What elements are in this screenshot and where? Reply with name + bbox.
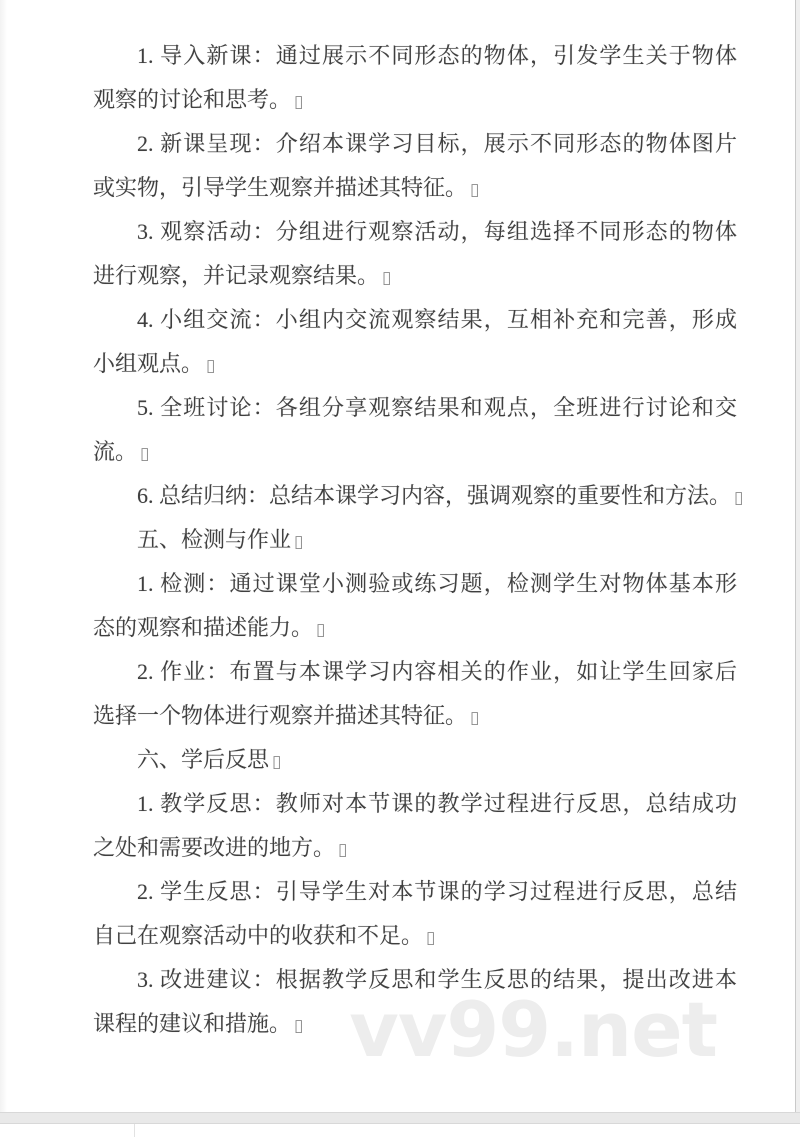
text-line: 之处和需要改进的地方。▯ (93, 826, 737, 870)
paragraph-mark-icon: ▯ (470, 708, 479, 727)
document-page: 1. 导入新课：通过展示不同形态的物体，引发学生关于物体 观察的讨论和思考。▯ … (0, 0, 796, 1112)
text-line: 课程的建议和措施。▯ (93, 1002, 737, 1046)
text-line: 自己在观察活动中的收获和不足。▯ (93, 914, 737, 958)
text-line: 2. 学生反思：引导学生对本节课的学习过程进行反思，总结 (93, 870, 737, 914)
next-page-edge-line (134, 1124, 135, 1137)
text-line: 2. 新课呈现：介绍本课学习目标，展示不同形态的物体图片 (93, 122, 737, 166)
paragraph-mark-icon: ▯ (294, 532, 303, 551)
list-paragraph: 6. 总结归纳：总结本课学习内容，强调观察的重要性和方法。▯ (93, 474, 737, 518)
paragraph-mark-icon: ▯ (470, 180, 479, 199)
text-line: 观察的讨论和思考。▯ (93, 78, 737, 122)
text-line: 1. 导入新课：通过展示不同形态的物体，引发学生关于物体 (93, 34, 737, 78)
page-left-shadow (0, 0, 7, 1112)
text-line: 4. 小组交流：小组内交流观察结果，互相补充和完善，形成 (93, 298, 737, 342)
text-line: 选择一个物体进行观察并描述其特征。▯ (93, 694, 737, 738)
viewer-right-gutter (796, 0, 800, 1112)
list-paragraph: 2. 新课呈现：介绍本课学习目标，展示不同形态的物体图片 或实物，引导学生观察并… (93, 122, 737, 210)
paragraph-mark-icon: ▯ (426, 928, 435, 947)
section-heading: 五、检测与作业▯ (93, 518, 737, 562)
text-line: 1. 教学反思：教师对本节课的教学过程进行反思，总结成功 (93, 782, 737, 826)
list-paragraph: 4. 小组交流：小组内交流观察结果，互相补充和完善，形成 小组观点。▯ (93, 298, 737, 386)
text-line: 2. 作业：布置与本课学习内容相关的作业，如让学生回家后 (93, 650, 737, 694)
text-line: 五、检测与作业▯ (93, 518, 737, 562)
list-paragraph: 5. 全班讨论：各组分享观察结果和观点，全班进行讨论和交 流。▯ (93, 386, 737, 474)
paragraph-mark-icon: ▯ (294, 92, 303, 111)
text-line: 6. 总结归纳：总结本课学习内容，强调观察的重要性和方法。▯ (93, 474, 737, 518)
page-separator (0, 1112, 800, 1124)
paragraph-mark-icon: ▯ (316, 620, 325, 639)
list-paragraph: 1. 导入新课：通过展示不同形态的物体，引发学生关于物体 观察的讨论和思考。▯ (93, 34, 737, 122)
list-paragraph: 2. 作业：布置与本课学习内容相关的作业，如让学生回家后 选择一个物体进行观察并… (93, 650, 737, 738)
text-line: 态的观察和描述能力。▯ (93, 606, 737, 650)
text-line: 5. 全班讨论：各组分享观察结果和观点，全班进行讨论和交 (93, 386, 737, 430)
text-line: 或实物，引导学生观察并描述其特征。▯ (93, 166, 737, 210)
text-line: 1. 检测：通过课堂小测验或练习题，检测学生对物体基本形 (93, 562, 737, 606)
text-line: 3. 改进建议：根据教学反思和学生反思的结果，提出改进本 (93, 958, 737, 1002)
document-body: 1. 导入新课：通过展示不同形态的物体，引发学生关于物体 观察的讨论和思考。▯ … (93, 34, 737, 1046)
paragraph-mark-icon: ▯ (206, 356, 215, 375)
paragraph-mark-icon: ▯ (734, 488, 743, 507)
list-paragraph: 1. 教学反思：教师对本节课的教学过程进行反思，总结成功 之处和需要改进的地方。… (93, 782, 737, 870)
paragraph-mark-icon: ▯ (382, 268, 391, 287)
section-heading: 六、学后反思▯ (93, 738, 737, 782)
list-paragraph: 3. 改进建议：根据教学反思和学生反思的结果，提出改进本 课程的建议和措施。▯ (93, 958, 737, 1046)
text-line: 小组观点。▯ (93, 342, 737, 386)
text-line: 流。▯ (93, 430, 737, 474)
paragraph-mark-icon: ▯ (140, 444, 149, 463)
paragraph-mark-icon: ▯ (272, 752, 281, 771)
list-paragraph: 2. 学生反思：引导学生对本节课的学习过程进行反思，总结 自己在观察活动中的收获… (93, 870, 737, 958)
list-paragraph: 1. 检测：通过课堂小测验或练习题，检测学生对物体基本形 态的观察和描述能力。▯ (93, 562, 737, 650)
list-paragraph: 3. 观察活动：分组进行观察活动，每组选择不同形态的物体 进行观察，并记录观察结… (93, 210, 737, 298)
document-viewer: 1. 导入新课：通过展示不同形态的物体，引发学生关于物体 观察的讨论和思考。▯ … (0, 0, 800, 1137)
next-page-top (0, 1124, 800, 1137)
text-line: 进行观察，并记录观察结果。▯ (93, 254, 737, 298)
text-line: 3. 观察活动：分组进行观察活动，每组选择不同形态的物体 (93, 210, 737, 254)
paragraph-mark-icon: ▯ (294, 1016, 303, 1035)
text-line: 六、学后反思▯ (93, 738, 737, 782)
paragraph-mark-icon: ▯ (338, 840, 347, 859)
